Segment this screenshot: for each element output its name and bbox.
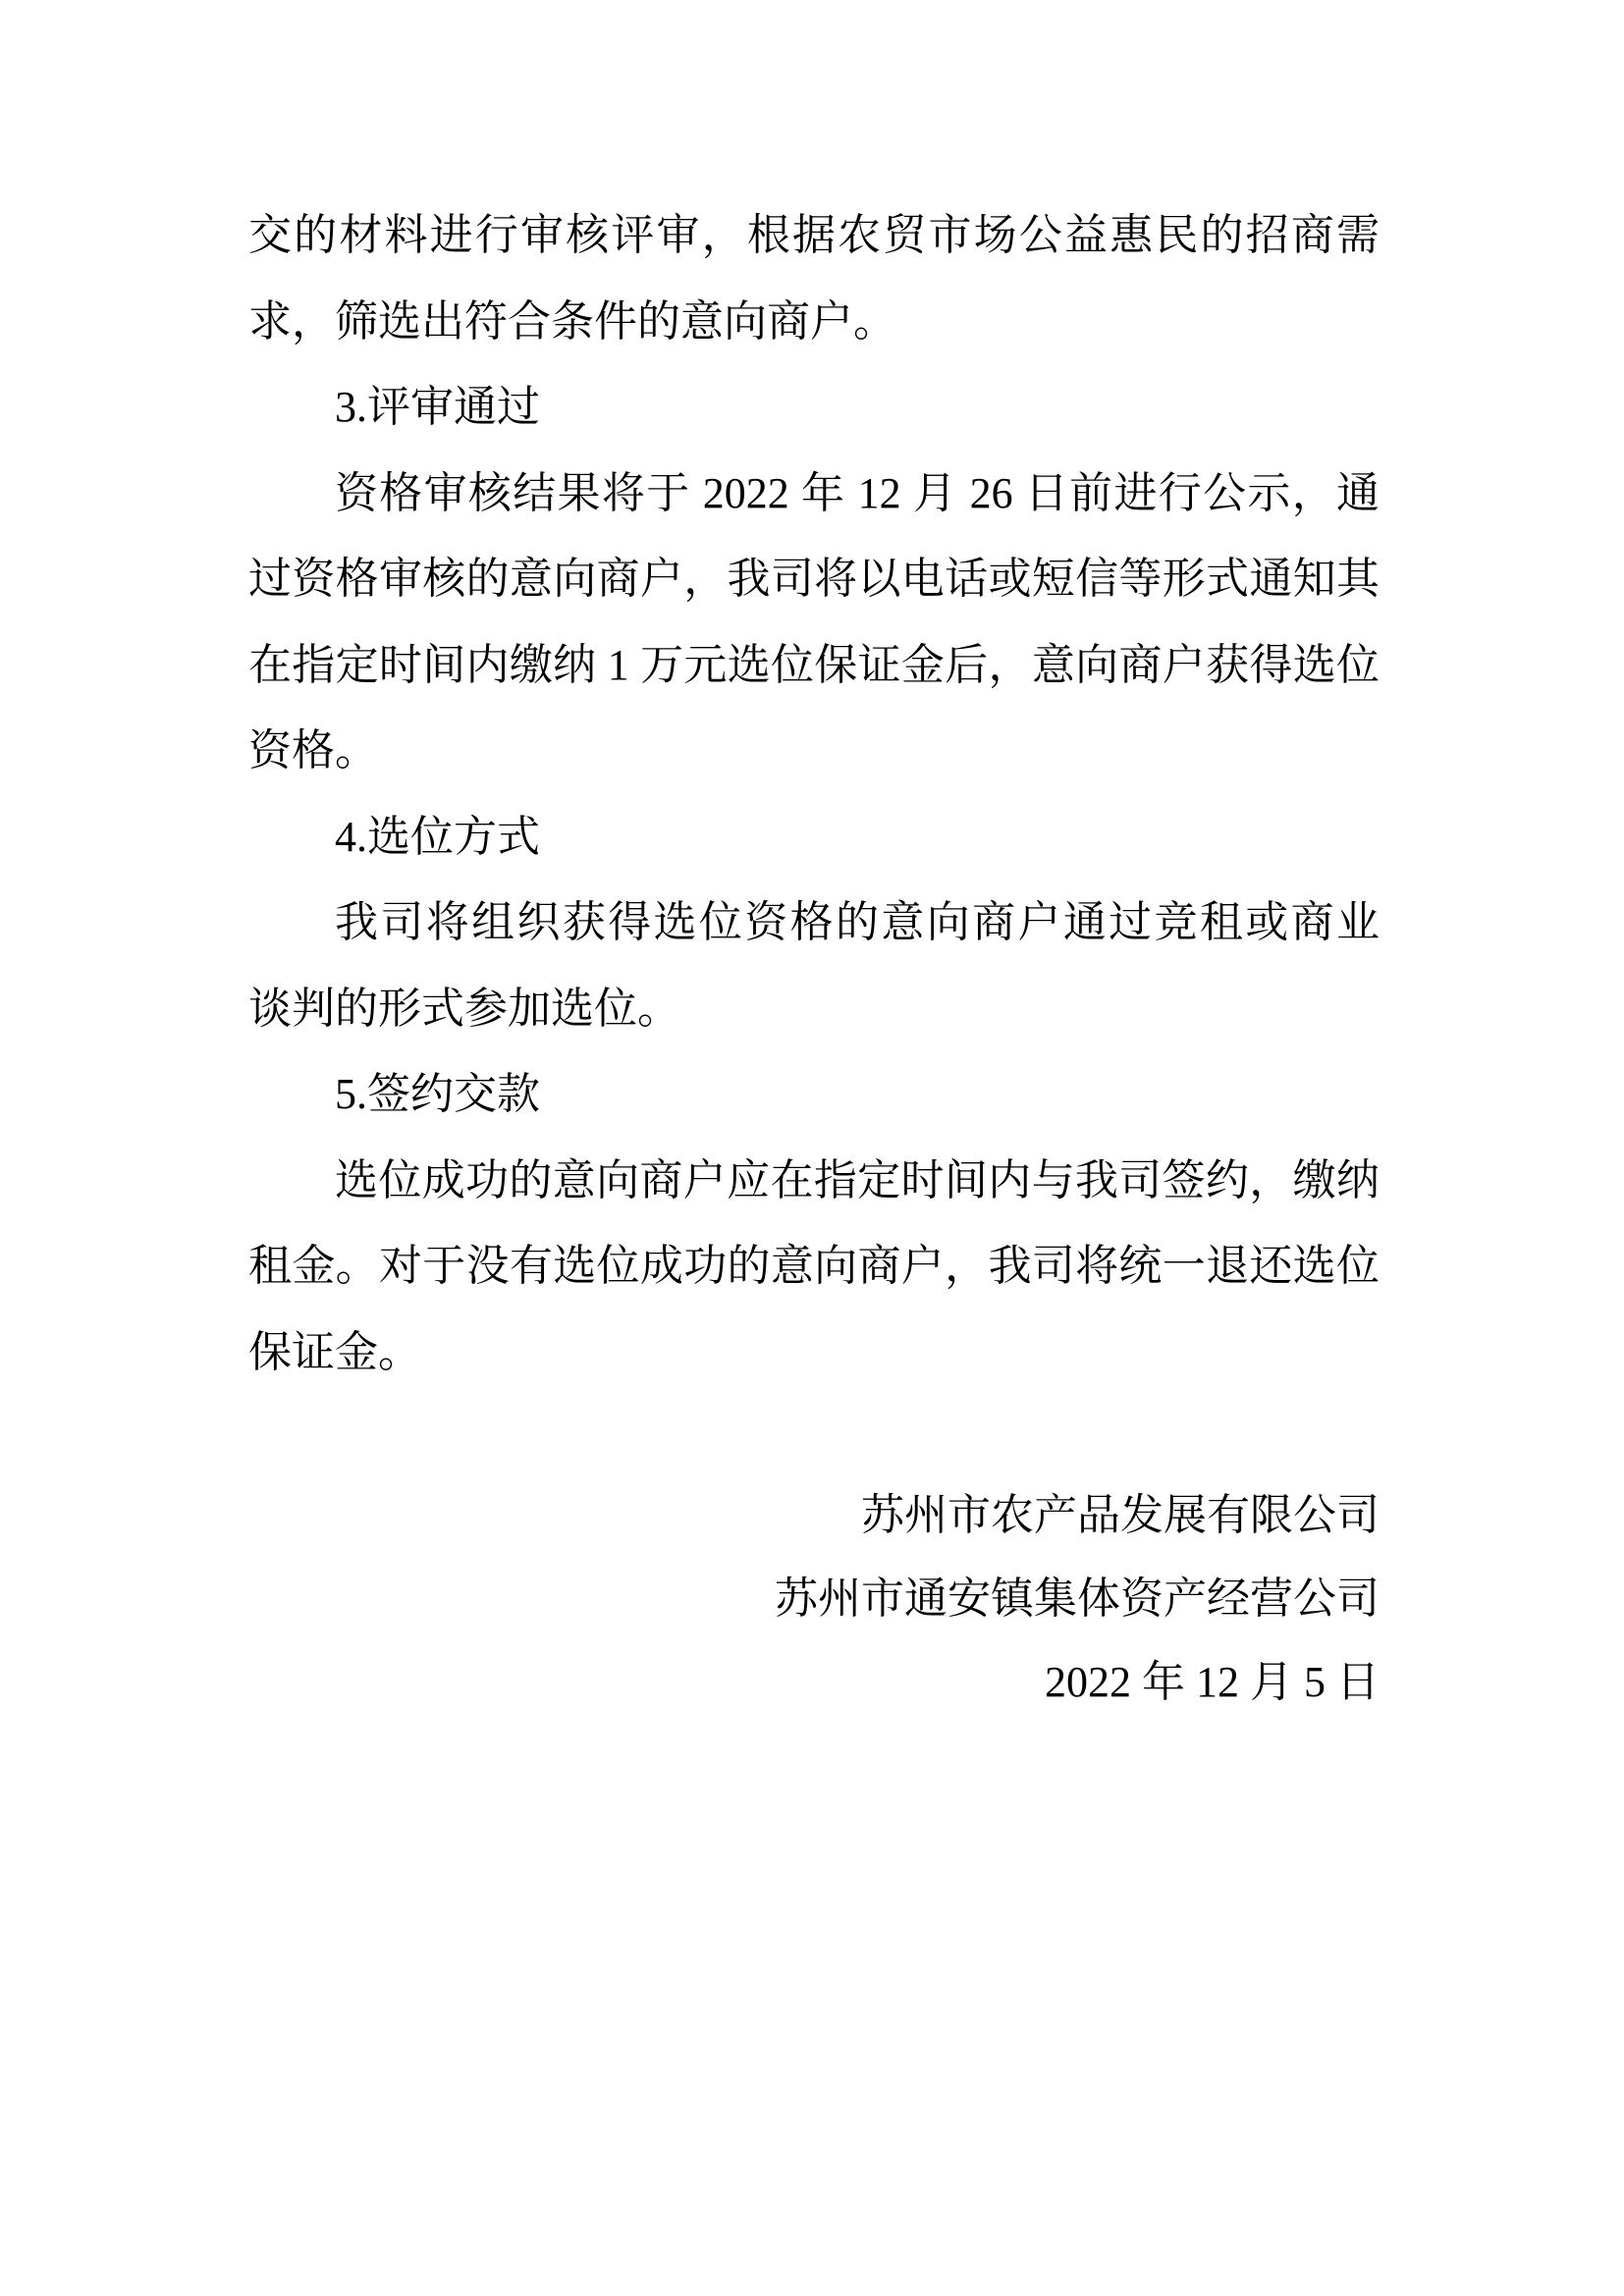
section-heading: 4.选位方式 [248, 794, 1380, 881]
document-body: 交的材料进行审核评审，根据农贸市场公益惠民的招商需 求，筛选出符合条件的意向商户… [248, 192, 1380, 1724]
body-line: 租金。对于没有选位成功的意向商户，我司将统一退还选位 [248, 1223, 1380, 1309]
body-line: 在指定时间内缴纳 1 万元选位保证金后，意向商户获得选位 [248, 622, 1380, 709]
signature-company-2: 苏州市通安镇集体资产经营公司 [248, 1557, 1419, 1640]
section-heading: 3.评审通过 [248, 364, 1380, 451]
body-line: 过资格审核的意向商户，我司将以电话或短信等形式通知其 [248, 536, 1380, 622]
body-line: 选位成功的意向商户应在指定时间内与我司签约，缴纳 [248, 1138, 1380, 1224]
section-heading: 5.签约交款 [248, 1051, 1380, 1138]
body-line: 求，筛选出符合条件的意向商户。 [248, 279, 1380, 365]
signature-date: 2022 年 12 月 5 日 [248, 1640, 1499, 1724]
body-line: 谈判的形式参加选位。 [248, 966, 1380, 1052]
signature-block: 苏州市农产品发展有限公司 苏州市通安镇集体资产经营公司 2022 年 12 月 … [248, 1473, 1380, 1724]
body-line: 交的材料进行审核评审，根据农贸市场公益惠民的招商需 [248, 192, 1380, 279]
body-line: 资格审核结果将于 2022 年 12 月 26 日前进行公示，通 [248, 451, 1380, 537]
document-page: 交的材料进行审核评审，根据农贸市场公益惠民的招商需 求，筛选出符合条件的意向商户… [0, 0, 1624, 2296]
body-line: 我司将组织获得选位资格的意向商户通过竞租或商业 [248, 880, 1380, 966]
body-line: 保证金。 [248, 1309, 1380, 1396]
body-line: 资格。 [248, 708, 1380, 794]
signature-company-1: 苏州市农产品发展有限公司 [248, 1473, 1432, 1557]
